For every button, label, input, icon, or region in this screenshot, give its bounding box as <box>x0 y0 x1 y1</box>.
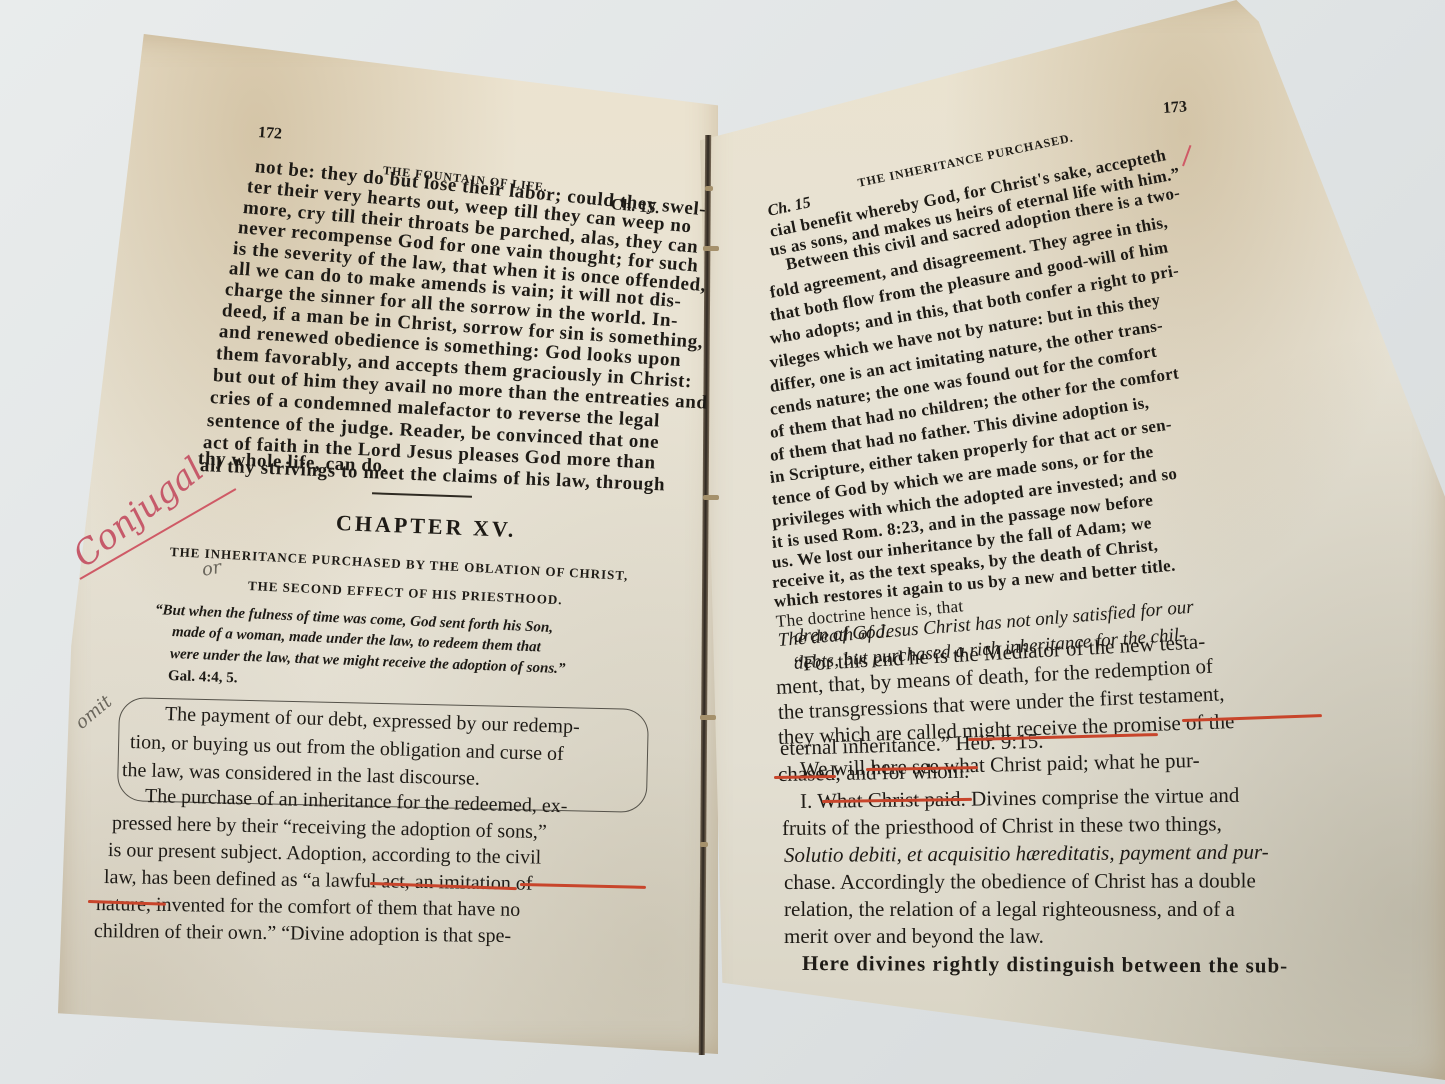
binding-stitch <box>700 715 716 720</box>
pencil-or-annotation: or <box>200 557 223 581</box>
page-number: 172 <box>257 124 282 144</box>
binding-stitch <box>700 842 708 847</box>
binding-stitch <box>705 186 713 191</box>
binding-stitch <box>703 246 719 251</box>
page-number: 173 <box>1162 98 1187 118</box>
open-book: 172 THE FOUNTAIN OF LIFE. Ch. 15. not be… <box>0 0 1445 1084</box>
binding-stitch <box>703 495 719 500</box>
